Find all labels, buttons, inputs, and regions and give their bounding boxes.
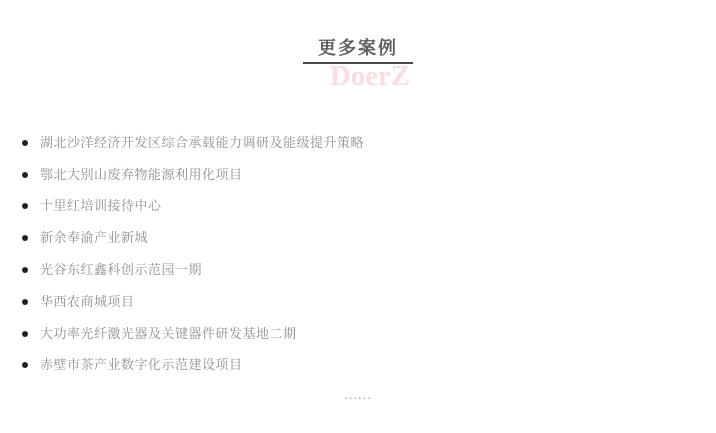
case-item-label: 湖北沙洋经济开发区综合承载能力调研及能级提升策略 [40,136,364,150]
page-header: 更多案例 [0,38,716,59]
case-item-label: 华西农商城项目 [40,295,135,309]
bullet-icon [22,299,28,305]
case-item-label: 鄂北大别山废弃物能源利用化项目 [40,168,243,182]
list-item[interactable]: 华西农商城项目 [0,286,364,318]
case-item-label: 新余奉渝产业新城 [40,231,148,245]
list-item[interactable]: 光谷东红鑫科创示范园一期 [0,254,364,286]
case-item-label: 十里红培训接待中心 [40,199,162,213]
bullet-icon [22,235,28,241]
more-cases-page: 更多案例 DoerZ 湖北沙洋经济开发区综合承载能力调研及能级提升策略 鄂北大别… [0,0,716,433]
watermark-text: DoerZ [315,61,425,91]
list-item[interactable]: 赤壁市茶产业数字化示范建设项目 [0,350,364,382]
bullet-icon [22,203,28,209]
case-item-label: 赤壁市茶产业数字化示范建设项目 [40,358,243,372]
bullet-icon [22,267,28,273]
bullet-icon [22,140,28,146]
list-item[interactable]: 十里红培训接待中心 [0,191,364,223]
list-item[interactable]: 新余奉渝产业新城 [0,222,364,254]
page-title: 更多案例 [318,38,398,58]
case-item-label: 光谷东红鑫科创示范园一期 [40,263,202,277]
bullet-icon [22,362,28,368]
bullet-icon [22,331,28,337]
list-item[interactable]: 湖北沙洋经济开发区综合承载能力调研及能级提升策略 [0,127,364,159]
more-indicator: ...... [0,388,716,402]
bullet-icon [22,172,28,178]
list-item[interactable]: 大功率光纤激光器及关键器件研发基地二期 [0,318,364,350]
title-underline [303,62,413,64]
case-item-label: 大功率光纤激光器及关键器件研发基地二期 [40,327,297,341]
list-item[interactable]: 鄂北大别山废弃物能源利用化项目 [0,159,364,191]
case-list: 湖北沙洋经济开发区综合承载能力调研及能级提升策略 鄂北大别山废弃物能源利用化项目… [0,127,364,381]
